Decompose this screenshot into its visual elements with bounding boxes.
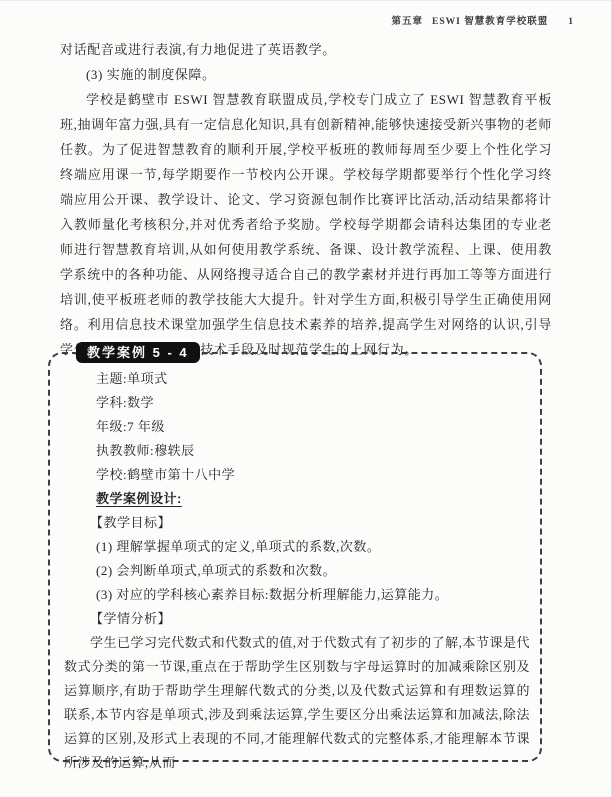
body-paragraph: 学校是鹤壁市 ESWI 智慧教育联盟成员,学校专门成立了 ESWI 智慧教育平板…	[60, 87, 552, 362]
chapter-label: 第五章	[392, 17, 424, 27]
objectives-heading: 【教学目标】	[90, 511, 530, 535]
analysis-paragraph: 学生已学习完代数式和代数式的值,对于代数式有了初步的了解,本节课是代数式分类的第…	[64, 631, 530, 775]
analysis-heading: 【学情分析】	[90, 607, 530, 631]
running-title: ESWI 智慧教育学校联盟	[432, 17, 548, 27]
numbered-item-heading: (3) 实施的制度保障。	[60, 62, 552, 87]
case-field-school: 学校:鹤壁市第十八中学	[96, 463, 530, 487]
case-box-label: 教学案例 5 - 4	[76, 342, 200, 363]
case-field-teacher: 执教教师:穆轶辰	[96, 439, 530, 463]
running-header: 第五章ESWI 智慧教育学校联盟1	[392, 13, 574, 27]
case-design-heading: 教学案例设计:	[96, 487, 530, 511]
case-field-topic: 主题:单项式	[96, 367, 530, 391]
page-number: 1	[568, 17, 574, 27]
document-page: 第五章ESWI 智慧教育学校联盟1 对话配音或进行表演,有力地促进了英语教学。 …	[0, 0, 612, 797]
case-field-grade: 年级:7 年级	[96, 415, 530, 439]
objective-item-2: (2) 会判断单项式,单项式的系数和次数。	[96, 559, 530, 583]
case-field-subject: 学科:数学	[96, 391, 530, 415]
objective-item-3: (3) 对应的学科核心素养目标:数据分析理解能力,运算能力。	[96, 583, 530, 607]
objective-item-1: (1) 理解掌握单项式的定义,单项式的系数,次数。	[96, 535, 530, 559]
paragraph-continuation-line: 对话配音或进行表演,有力地促进了英语教学。	[60, 37, 552, 62]
body-text-block: 对话配音或进行表演,有力地促进了英语教学。 (3) 实施的制度保障。 学校是鹤壁…	[60, 37, 552, 362]
teaching-case-box: 教学案例 5 - 4 主题:单项式 学科:数学 年级:7 年级 执教教师:穆轶辰…	[48, 352, 542, 762]
